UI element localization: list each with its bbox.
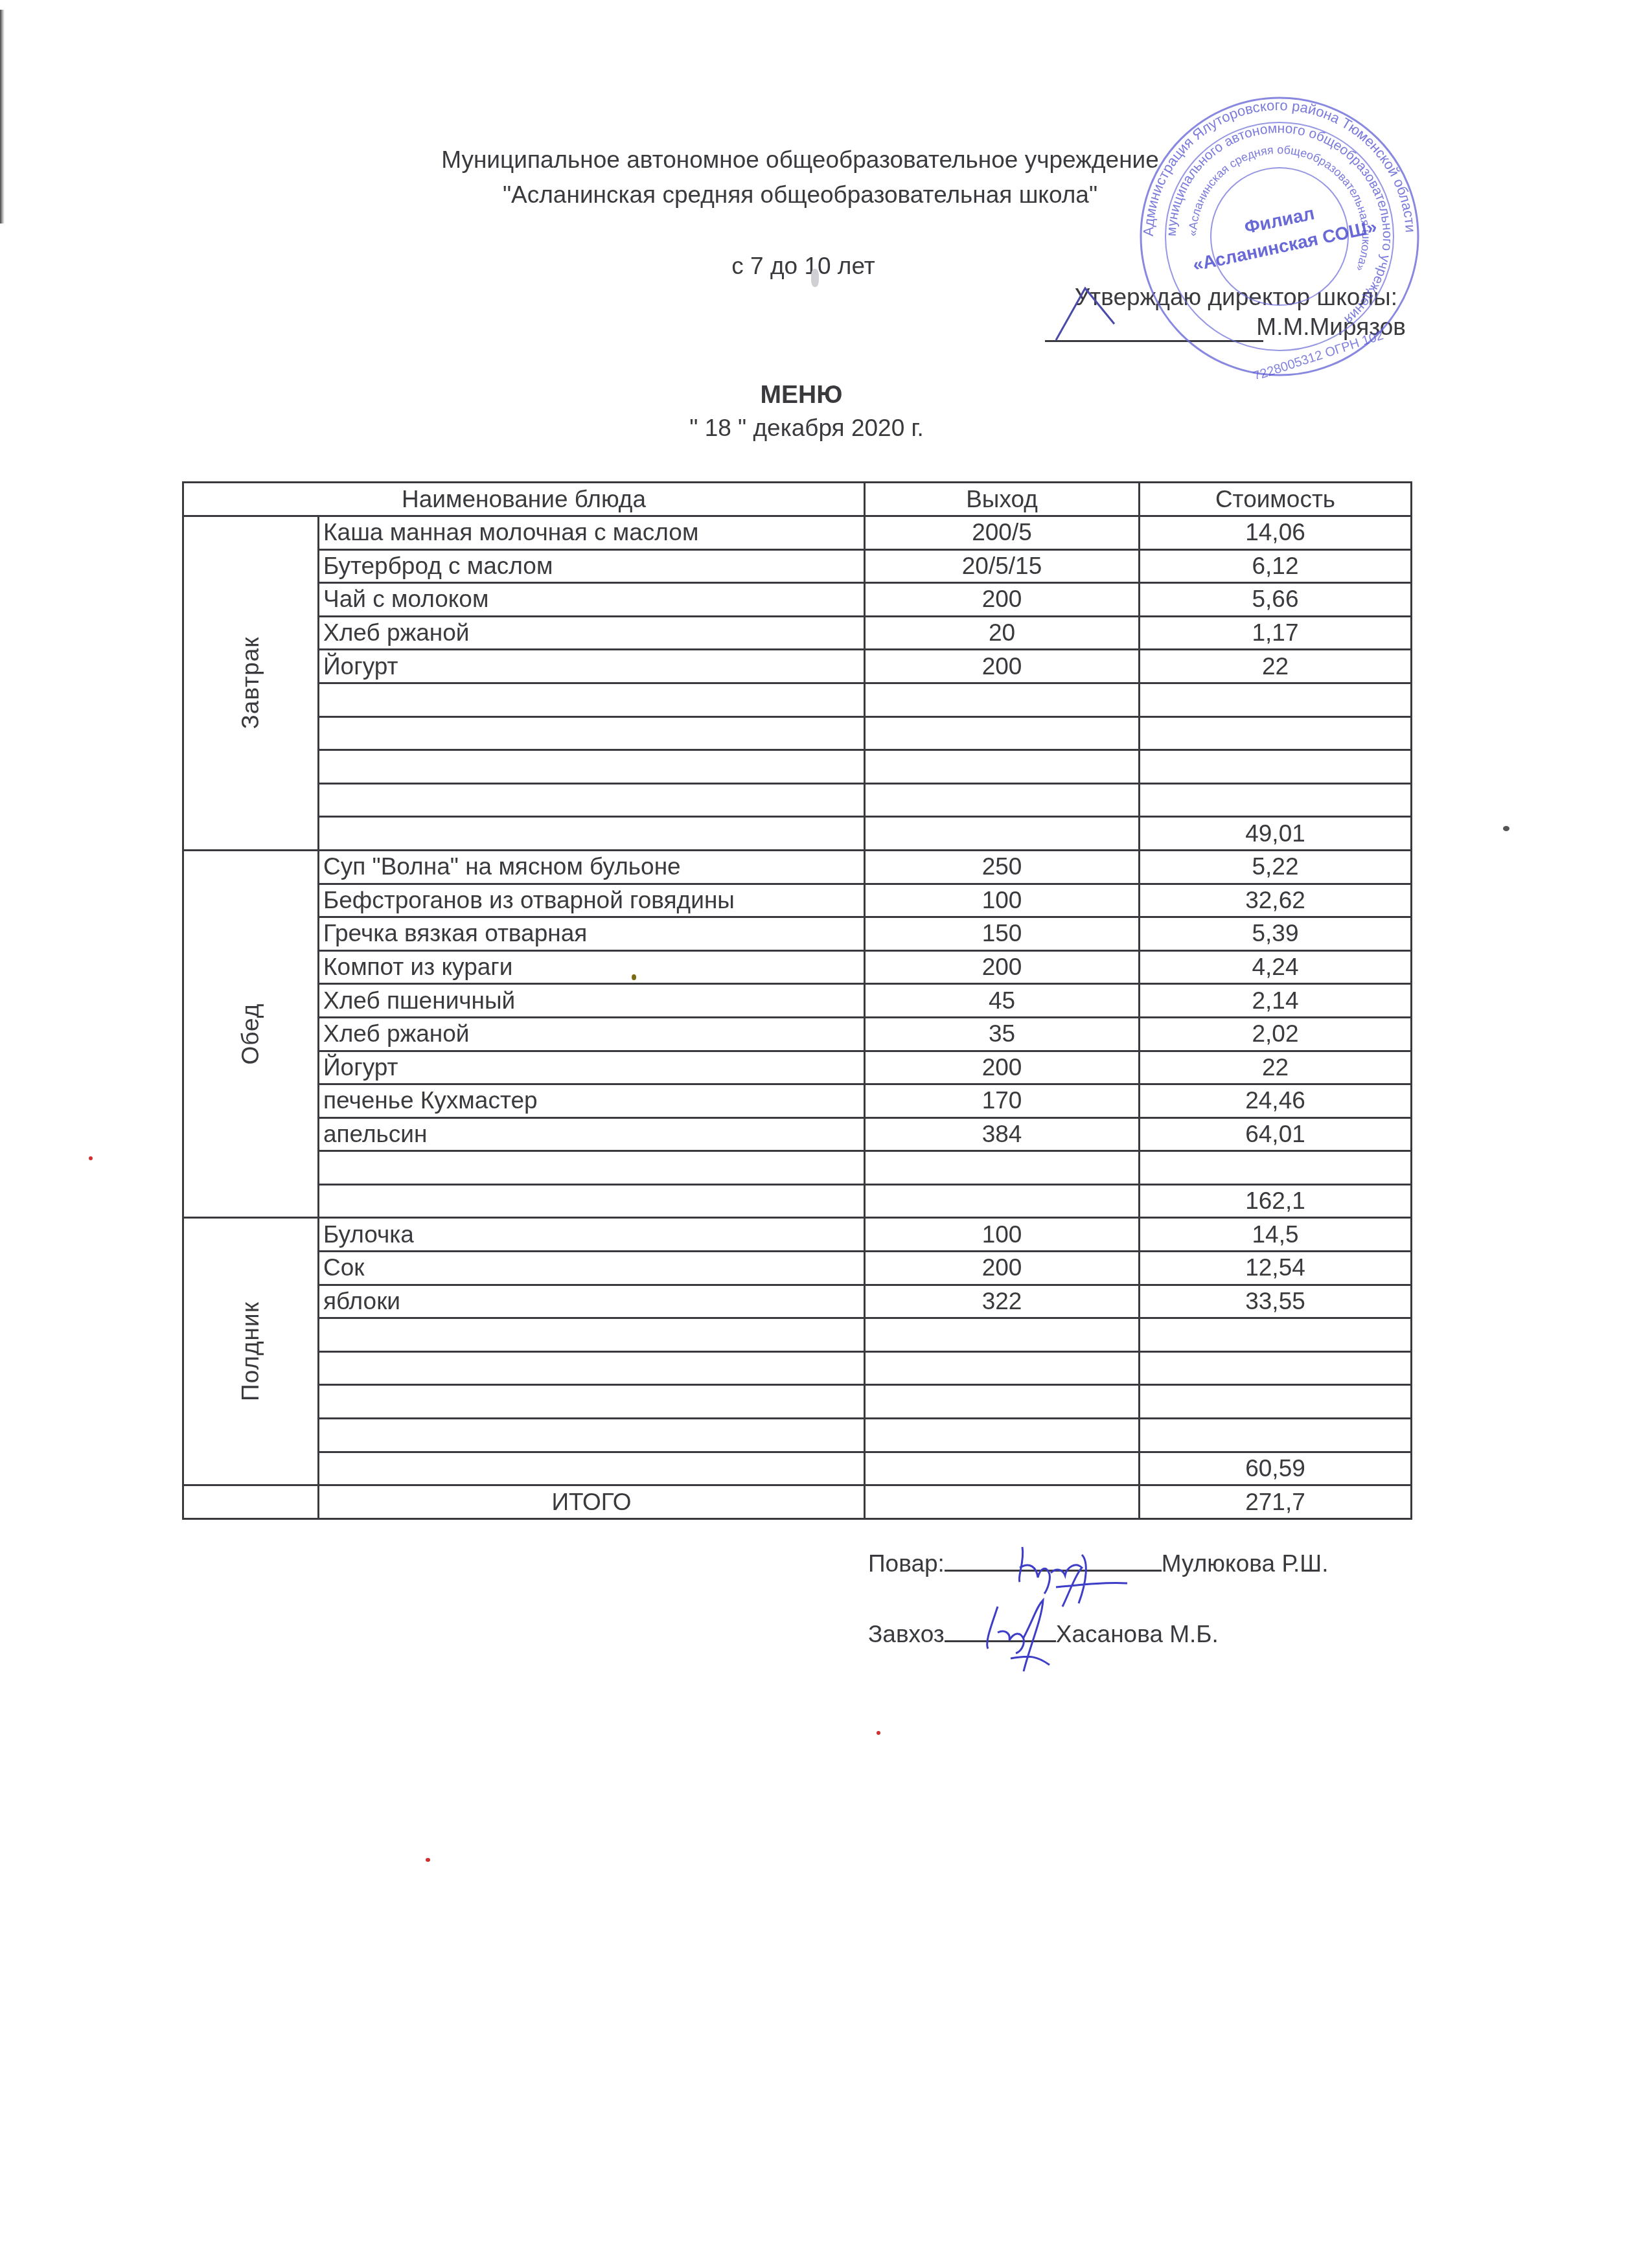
column-header-output: Выход — [865, 483, 1140, 516]
dish-name: Йогурт — [319, 1051, 865, 1084]
table-row: Бутерброд с маслом20/5/156,12 — [183, 549, 1412, 583]
table-row: ОбедСуп "Волна" на мясном бульоне2505,22 — [183, 850, 1412, 884]
section-label-cell: Завтрак — [183, 516, 319, 851]
section-subtotal-row: 162,1 — [183, 1184, 1412, 1218]
dish-name — [319, 1419, 865, 1452]
dish-output: 200 — [865, 950, 1140, 984]
menu-date: " 18 " декабря 2020 г. — [689, 415, 924, 442]
storekeeper-name: Хасанова М.Б. — [1056, 1621, 1219, 1647]
dish-name: Суп "Волна" на мясном бульоне — [319, 850, 865, 884]
dish-output — [865, 750, 1140, 784]
dish-cost: 2,02 — [1140, 1017, 1412, 1051]
dish-cost: 64,01 — [1140, 1117, 1412, 1151]
table-row: яблоки32233,55 — [183, 1285, 1412, 1318]
scan-speck — [877, 1731, 880, 1735]
dish-name — [319, 683, 865, 716]
table-row: печенье Кухмастер17024,46 — [183, 1084, 1412, 1118]
grand-total-label: ИТОГО — [319, 1485, 865, 1519]
dish-output — [865, 1351, 1140, 1385]
subtotal-spacer — [319, 817, 865, 851]
dish-name: Хлеб ржаной — [319, 1017, 865, 1051]
scan-speck — [426, 1858, 430, 1862]
section-subtotal: 49,01 — [1140, 817, 1412, 851]
age-group: с 7 до 10 лет — [731, 253, 875, 280]
dish-cost — [1140, 1419, 1412, 1452]
section-subtotal-row: 60,59 — [183, 1452, 1412, 1485]
svg-text:«Асланинская СОШ»: «Асланинская СОШ» — [1191, 216, 1379, 275]
scan-edge-shadow — [0, 10, 5, 223]
dish-cost — [1140, 750, 1412, 784]
dish-output: 45 — [865, 984, 1140, 1018]
table-row: ЗавтракКаша манная молочная с маслом200/… — [183, 516, 1412, 550]
dish-output — [865, 1419, 1140, 1452]
section-subtotal-row: 49,01 — [183, 817, 1412, 851]
dish-output: 35 — [865, 1017, 1140, 1051]
dish-name: яблоки — [319, 1285, 865, 1318]
dish-cost: 14,06 — [1140, 516, 1412, 550]
dish-output — [865, 1318, 1140, 1352]
table-row: Бефстроганов из отварной говядины10032,6… — [183, 884, 1412, 917]
cook-name: Мулюкова Р.Ш. — [1162, 1550, 1329, 1577]
dish-name: Хлеб пшеничный — [319, 984, 865, 1018]
dish-output — [865, 1385, 1140, 1419]
table-row: Хлеб ржаной201,17 — [183, 616, 1412, 650]
dish-name — [319, 1318, 865, 1352]
dish-output: 250 — [865, 850, 1140, 884]
table-row — [183, 1318, 1412, 1352]
dish-output: 200 — [865, 650, 1140, 683]
dish-output — [865, 683, 1140, 716]
table-row — [183, 716, 1412, 750]
dish-output: 100 — [865, 884, 1140, 917]
cook-signature-line — [945, 1550, 1162, 1572]
dish-name — [319, 1151, 865, 1185]
section-label-cell: Обед — [183, 850, 319, 1218]
dish-cost: 5,66 — [1140, 583, 1412, 617]
dish-cost — [1140, 716, 1412, 750]
dish-name: Бутерброд с маслом — [319, 549, 865, 583]
table-row: ПолдникБулочка10014,5 — [183, 1218, 1412, 1252]
dish-cost: 12,54 — [1140, 1252, 1412, 1285]
table-row — [183, 1385, 1412, 1419]
dish-cost: 22 — [1140, 650, 1412, 683]
grand-total-output — [865, 1485, 1140, 1519]
dish-output: 200 — [865, 1252, 1140, 1285]
grand-total-spacer — [183, 1485, 319, 1519]
cook-signature-block: Повар:Мулюкова Р.Ш. — [868, 1550, 1329, 1577]
scan-speck — [1503, 826, 1509, 831]
table-row — [183, 783, 1412, 817]
table-row — [183, 1351, 1412, 1385]
subtotal-spacer — [865, 1184, 1140, 1218]
table-row: Йогурт20022 — [183, 650, 1412, 683]
dish-output — [865, 783, 1140, 817]
dish-cost: 22 — [1140, 1051, 1412, 1084]
subtotal-spacer — [865, 1452, 1140, 1485]
dish-name: печенье Кухмастер — [319, 1084, 865, 1118]
column-header-cost: Стоимость — [1140, 483, 1412, 516]
director-signature-line — [1045, 340, 1263, 342]
dish-output: 100 — [865, 1218, 1140, 1252]
dish-output: 200 — [865, 1051, 1140, 1084]
section-label: Обед — [236, 1003, 265, 1065]
dish-cost — [1140, 1318, 1412, 1352]
subtotal-spacer — [319, 1452, 865, 1485]
dish-cost: 5,22 — [1140, 850, 1412, 884]
table-row — [183, 750, 1412, 784]
section-label: Полдник — [236, 1301, 265, 1401]
section-label: Завтрак — [236, 637, 265, 729]
dish-output: 200 — [865, 583, 1140, 617]
grand-total-value: 271,7 — [1140, 1485, 1412, 1519]
dish-output: 200/5 — [865, 516, 1140, 550]
dish-output: 384 — [865, 1117, 1140, 1151]
scan-smudge — [811, 269, 819, 287]
school-name: "Асланинская средняя общеобразовательная… — [503, 181, 1097, 209]
dish-output: 322 — [865, 1285, 1140, 1318]
dish-name — [319, 750, 865, 784]
dish-output: 20 — [865, 616, 1140, 650]
dish-name: Чай с молоком — [319, 583, 865, 617]
table-row: Хлеб пшеничный452,14 — [183, 984, 1412, 1018]
subtotal-spacer — [865, 817, 1140, 851]
dish-cost — [1140, 1385, 1412, 1419]
table-header-row: Наименование блюда Выход Стоимость — [183, 483, 1412, 516]
dish-cost: 5,39 — [1140, 917, 1412, 951]
storekeeper-signature-block: ЗавхозХасанова М.Б. — [868, 1621, 1219, 1648]
scan-speck — [89, 1156, 93, 1160]
dish-name: Хлеб ржаной — [319, 616, 865, 650]
menu-table: Наименование блюда Выход Стоимость Завтр… — [182, 481, 1412, 1520]
dish-output: 170 — [865, 1084, 1140, 1118]
table-row — [183, 1419, 1412, 1452]
section-subtotal: 60,59 — [1140, 1452, 1412, 1485]
table-row: Чай с молоком2005,66 — [183, 583, 1412, 617]
dish-cost — [1140, 683, 1412, 716]
table-row — [183, 1151, 1412, 1185]
svg-text:Филиал: Филиал — [1243, 203, 1316, 237]
table-row: Компот из кураги2004,24 — [183, 950, 1412, 984]
dish-name: Каша манная молочная с маслом — [319, 516, 865, 550]
approval-label: Утверждаю директор школы: — [1075, 284, 1397, 311]
dish-name — [319, 716, 865, 750]
dish-cost: 33,55 — [1140, 1285, 1412, 1318]
table-row: апельсин38464,01 — [183, 1117, 1412, 1151]
section-subtotal: 162,1 — [1140, 1184, 1412, 1218]
dish-name — [319, 783, 865, 817]
dish-name: Йогурт — [319, 650, 865, 683]
dish-output: 20/5/15 — [865, 549, 1140, 583]
table-row: Йогурт20022 — [183, 1051, 1412, 1084]
dish-cost: 14,5 — [1140, 1218, 1412, 1252]
dish-cost: 2,14 — [1140, 984, 1412, 1018]
dish-cost — [1140, 1351, 1412, 1385]
table-row: Сок20012,54 — [183, 1252, 1412, 1285]
dish-cost: 6,12 — [1140, 549, 1412, 583]
dish-name — [319, 1385, 865, 1419]
dish-name: Компот из кураги — [319, 950, 865, 984]
page-title: МЕНЮ — [761, 381, 843, 409]
dish-name: Булочка — [319, 1218, 865, 1252]
dish-name: апельсин — [319, 1117, 865, 1151]
svg-text:Администрация Ялуторовского ра: Администрация Ялуторовского района Тюмен… — [1140, 97, 1419, 236]
director-name: М.М.Мирязов — [1256, 314, 1406, 341]
menu-body: ЗавтракКаша манная молочная с маслом200/… — [183, 516, 1412, 1485]
section-label-cell: Полдник — [183, 1218, 319, 1485]
table-row: Гречка вязкая отварная1505,39 — [183, 917, 1412, 951]
dish-output — [865, 1151, 1140, 1185]
storekeeper-label: Завхоз — [868, 1621, 945, 1647]
dish-output — [865, 716, 1140, 750]
dish-name: Сок — [319, 1252, 865, 1285]
subtotal-spacer — [319, 1184, 865, 1218]
cook-label: Повар: — [868, 1550, 945, 1577]
dish-output: 150 — [865, 917, 1140, 951]
scan-speck — [632, 974, 636, 980]
dish-name: Бефстроганов из отварной говядины — [319, 884, 865, 917]
table-row: Хлеб ржаной352,02 — [183, 1017, 1412, 1051]
organization-name: Муниципальное автономное общеобразовател… — [441, 146, 1159, 174]
dish-cost: 4,24 — [1140, 950, 1412, 984]
column-header-dish: Наименование блюда — [183, 483, 865, 516]
dish-name — [319, 1351, 865, 1385]
storekeeper-signature-line — [945, 1621, 1056, 1642]
table-row — [183, 683, 1412, 716]
grand-total-row: ИТОГО 271,7 — [183, 1485, 1412, 1519]
dish-cost: 24,46 — [1140, 1084, 1412, 1118]
dish-cost: 1,17 — [1140, 616, 1412, 650]
dish-cost: 32,62 — [1140, 884, 1412, 917]
dish-cost — [1140, 1151, 1412, 1185]
dish-cost — [1140, 783, 1412, 817]
dish-name: Гречка вязкая отварная — [319, 917, 865, 951]
svg-text:«Асланинская средняя общеобраз: «Асланинская средняя общеобразовательная… — [1186, 143, 1373, 273]
